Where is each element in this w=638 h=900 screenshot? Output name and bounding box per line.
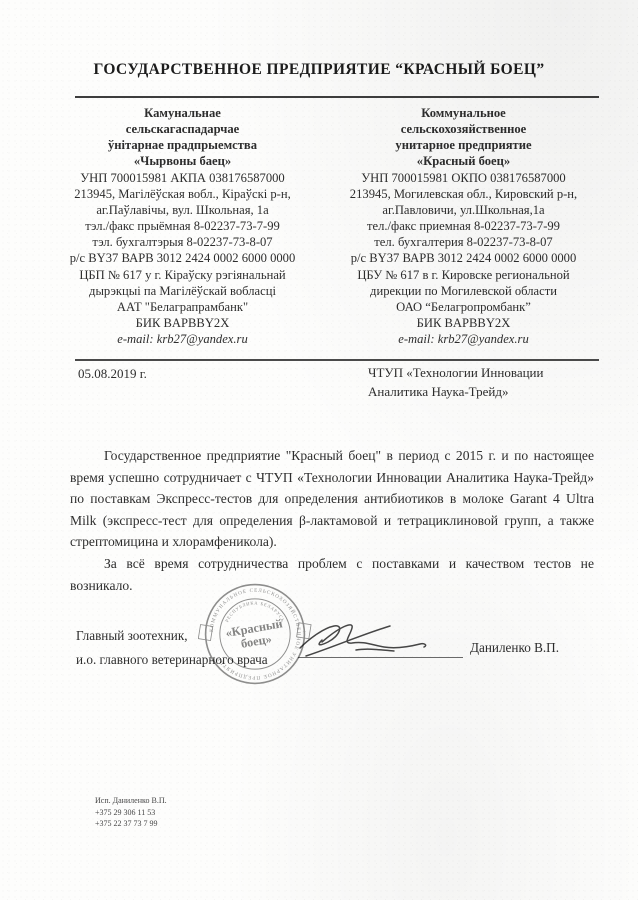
body-paragraph: Государственное предприятие "Красный бое… (70, 445, 594, 553)
body-paragraph: За всё время сотрудничества проблем с по… (70, 553, 594, 596)
recipient-line: Аналитика Наука-Трейд» (368, 383, 543, 402)
bank-bic-line: БИК BAPBBY2X (323, 315, 604, 331)
bank-account-line: р/с BY37 ВАРВ 3012 2424 0002 6000 0000 (323, 250, 604, 266)
phone-line: тэл./факс прыёмная 8-02237-73-7-99 (42, 218, 323, 234)
round-stamp: КОММУНАЛЬНОЕ СЕЛЬСКОХОЗЯЙСТВЕННОЕ УНИТАР… (198, 577, 312, 691)
title-divider (75, 96, 599, 98)
recipient-block: ЧТУП «Технологии Инновации Аналитика Нау… (368, 364, 543, 401)
bank-branch-line: дырэкцыі па Магілёўскай вобласці (42, 283, 323, 299)
phone-number: +375 22 37 73 7 99 (95, 818, 167, 830)
org-name-line: унитарное предприятие (323, 137, 604, 153)
address-line: аг.Паўлавічы, вул. Школьная, 1а (42, 202, 323, 218)
bank-name-line: ААТ "Белаграпрамбанк" (42, 299, 323, 315)
phone-number: +375 29 306 11 53 (95, 807, 167, 819)
bank-account-line: р/с BY37 ВАРВ 3012 2424 0002 6000 0000 (42, 250, 323, 266)
letter-date: 05.08.2019 г. (78, 366, 147, 382)
org-name-line: Коммунальное (323, 105, 604, 121)
executor-name: Исп. Даниленко В.П. (95, 795, 167, 807)
email-text: e-mail: krb27@yandex.ru (323, 331, 604, 347)
email-text: e-mail: krb27@yandex.ru (42, 331, 323, 347)
bank-bic-line: БИК BAPBBY2X (42, 315, 323, 331)
org-name-line: «Красный боец» (323, 153, 604, 169)
phone-line: тел./факс приемная 8-02237-73-7-99 (323, 218, 604, 234)
bank-name-line: ОАО “Белагропромбанк” (323, 299, 604, 315)
org-id-line: УНП 700015981 АКПА 038176587000 (42, 170, 323, 186)
document-page: ГОСУДАРСТВЕННОЕ ПРЕДПРИЯТИЕ “КРАСНЫЙ БОЕ… (0, 0, 638, 900)
address-line: аг.Павловичи, ул.Школьная,1а (323, 202, 604, 218)
org-name-line: Камунальнае (42, 105, 323, 121)
letter-body: Государственное предприятие "Красный бое… (70, 445, 594, 596)
executor-block: Исп. Даниленко В.П. +375 29 306 11 53 +3… (95, 795, 167, 830)
letterhead-divider (75, 359, 599, 361)
signer-name: Даниленко В.П. (470, 640, 559, 656)
signature-scribble (296, 616, 436, 664)
company-title: ГОСУДАРСТВЕННОЕ ПРЕДПРИЯТИЕ “КРАСНЫЙ БОЕ… (0, 61, 638, 79)
org-name-line: «Чырвоны баец» (42, 153, 323, 169)
bank-branch-line: ЦБП № 617 у г. Кіраўску рэгіянальнай (42, 267, 323, 283)
letterhead-right-column: Коммунальное сельскохозяйственное унитар… (323, 105, 604, 347)
bank-branch-line: ЦБУ № 617 в г. Кировске региональной (323, 267, 604, 283)
phone-line: тел. бухгалтерия 8-02237-73-8-07 (323, 234, 604, 250)
org-name-line: сельскагаспадарчае (42, 121, 323, 137)
letterhead-left-column: Камунальнае сельскагаспадарчае ўнітарнае… (42, 105, 323, 347)
phone-line: тэл. бухгалтэрыя 8-02237-73-8-07 (42, 234, 323, 250)
bank-branch-line: дирекции по Могилевской области (323, 283, 604, 299)
org-id-line: УНП 700015981 ОКПО 038176587000 (323, 170, 604, 186)
letterhead-columns: Камунальнае сельскагаспадарчае ўнітарнае… (42, 105, 604, 347)
recipient-line: ЧТУП «Технологии Инновации (368, 364, 543, 383)
address-line: 213945, Могилевская обл., Кировский р-н, (323, 186, 604, 202)
address-line: 213945, Магілёўская вобл., Кіраўскі р-н, (42, 186, 323, 202)
org-name-line: сельскохозяйственное (323, 121, 604, 137)
org-name-line: ўнітарнае прадпрыемства (42, 137, 323, 153)
stamp-plus-mark: + (303, 629, 307, 636)
